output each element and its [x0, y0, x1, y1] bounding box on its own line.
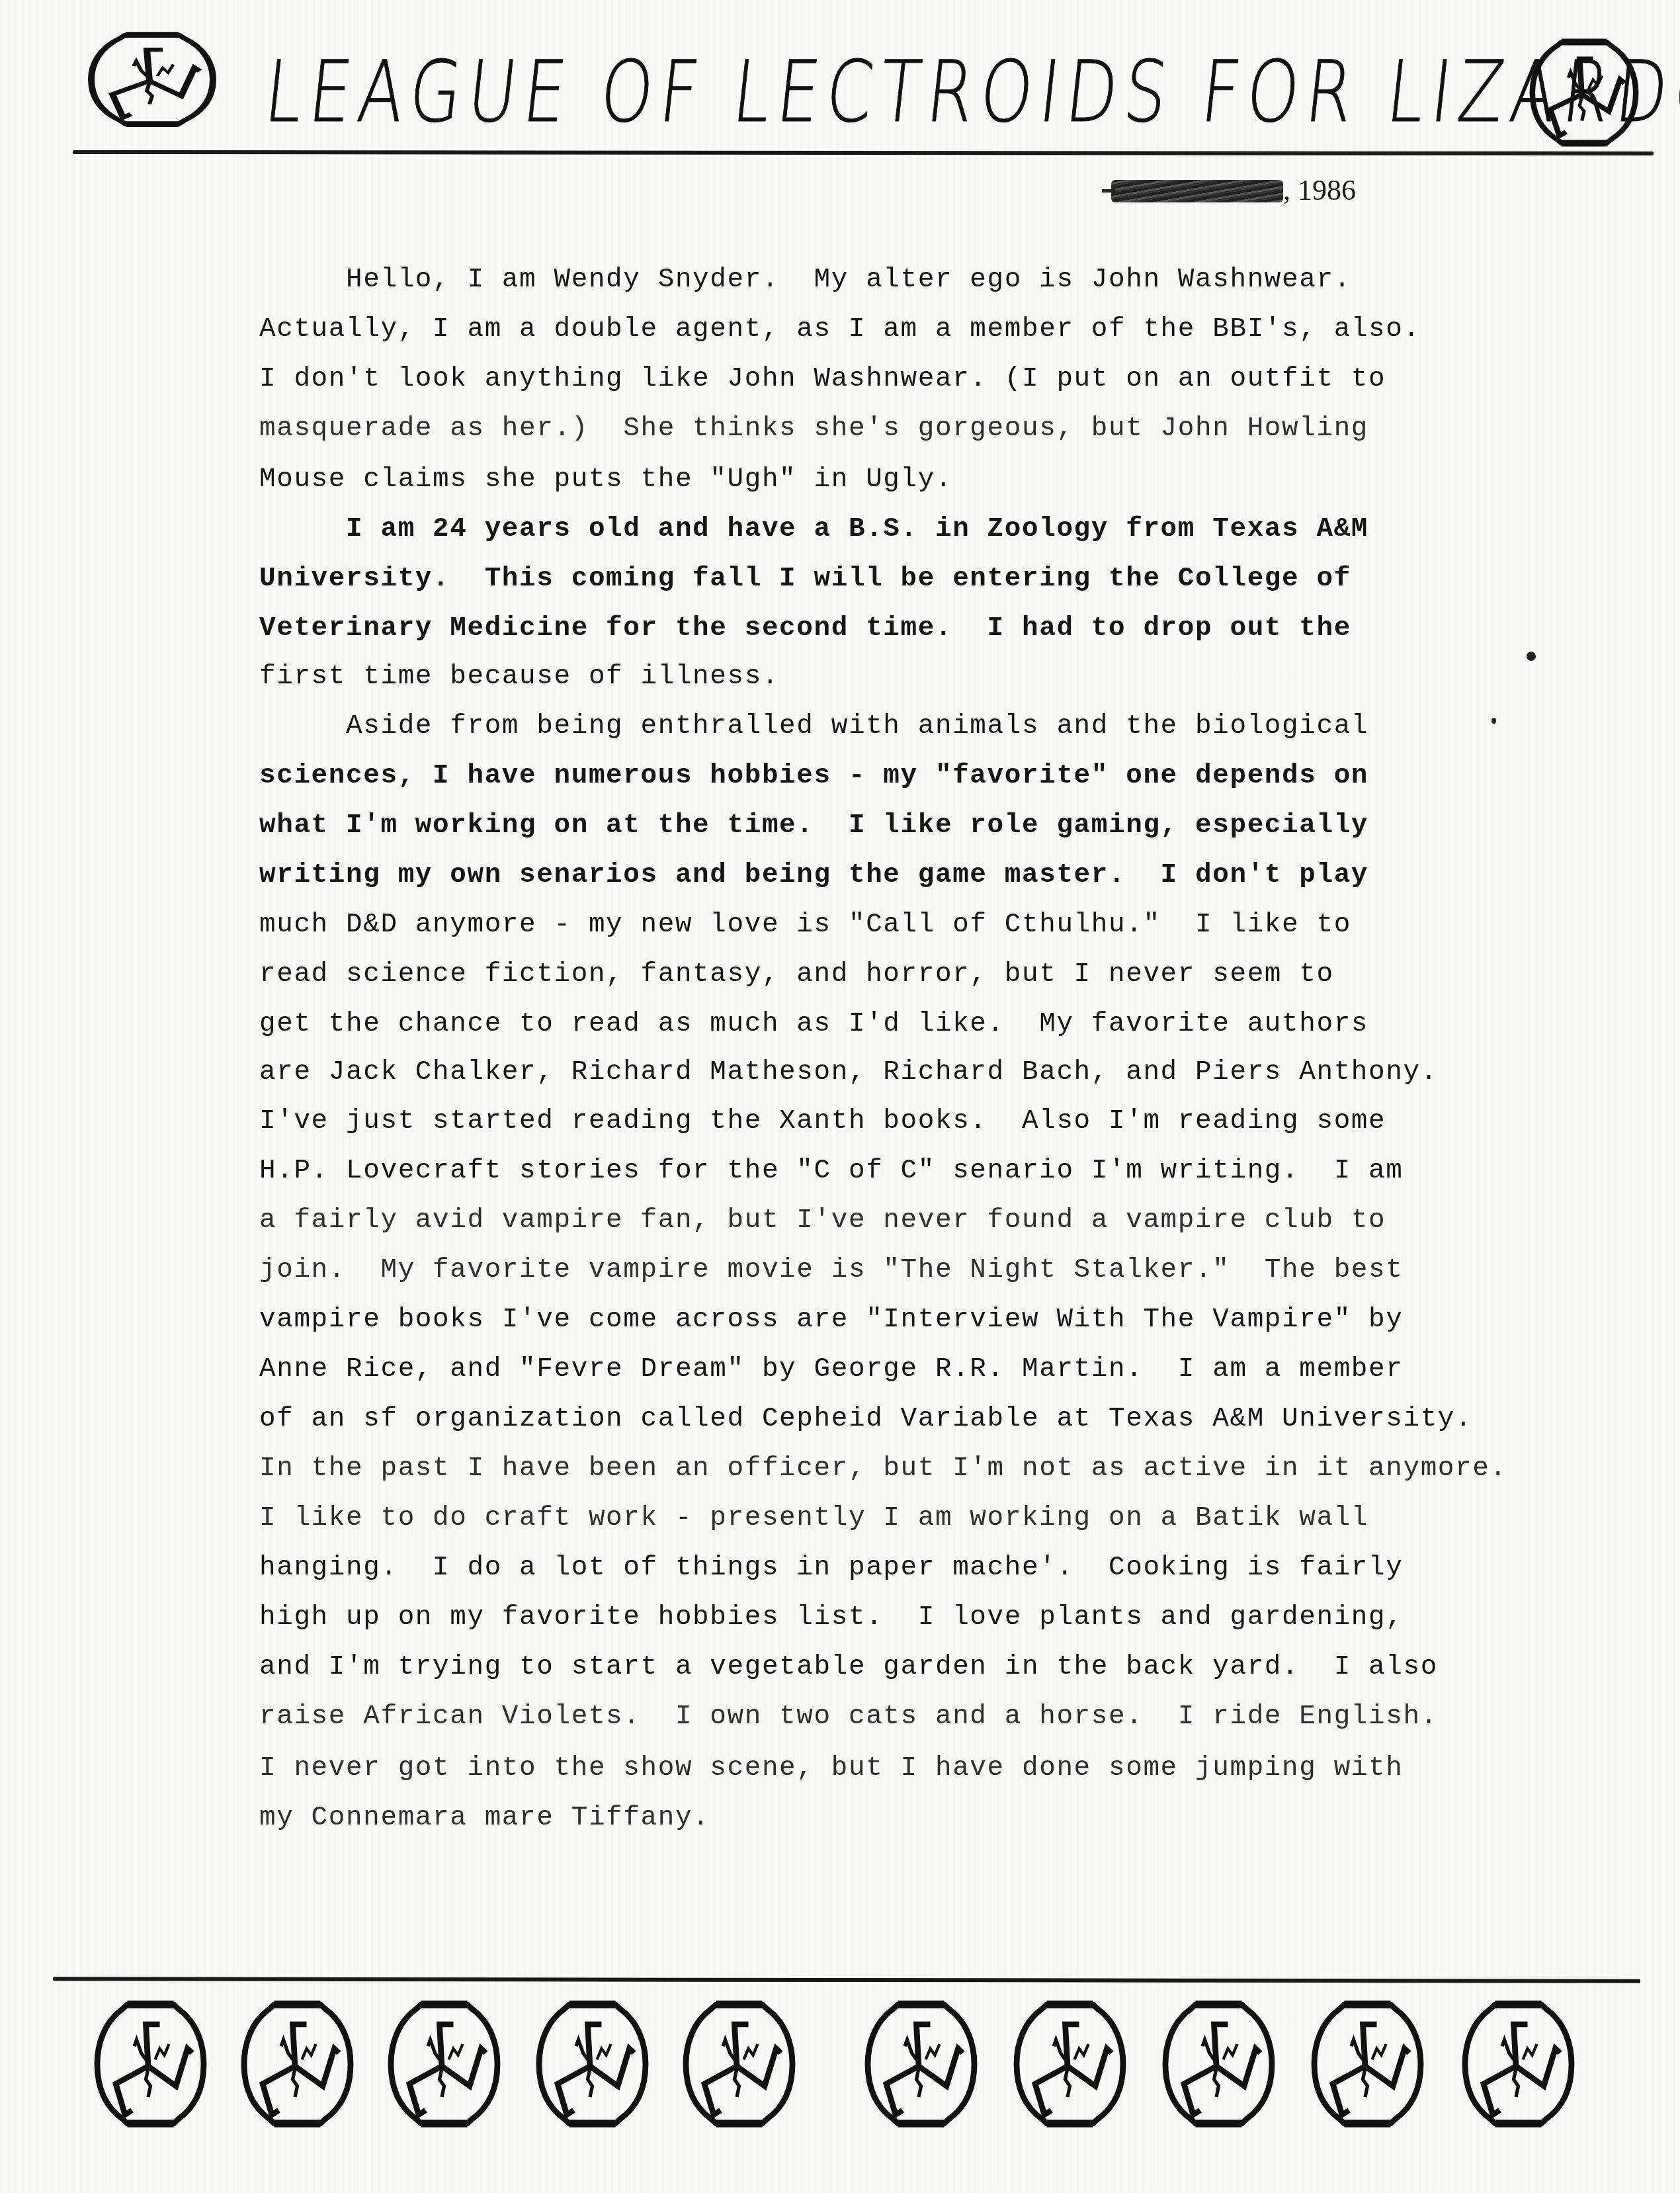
footer-emblem-row [93, 1998, 1667, 2130]
text-line: writing my own senarios and being the ga… [259, 860, 1368, 890]
text-line: Hello, I am Wendy Snyder. My alter ego i… [259, 265, 1351, 295]
text-line: get the chance to read as much as I'd li… [259, 1009, 1368, 1039]
text-line: Aside from being enthralled with animals… [259, 711, 1368, 742]
lectroid-emblem-icon [93, 1998, 208, 2130]
text-line: sciences, I have numerous hobbies - my "… [259, 761, 1368, 791]
text-line: of an sf organization called Cepheid Var… [259, 1404, 1472, 1434]
text-line: hanging. I do a lot of things in paper m… [259, 1553, 1403, 1583]
text-line: high up on my favorite hobbies list. I l… [259, 1602, 1403, 1633]
letterhead-title: LEAGUE OF LECTROIDS FOR LIZARDO [261, 43, 1680, 142]
lectroid-emblem-icon [1460, 1998, 1576, 2130]
ink-speck [1491, 718, 1496, 724]
text-line: my Connemara mare Tiffany. [259, 1803, 710, 1833]
text-line: what I'm working on at the time. I like … [259, 810, 1368, 841]
text-line: I never got into the show scene, but I h… [259, 1753, 1403, 1784]
text-line: I like to do craft work - presently I am… [259, 1503, 1368, 1533]
text-line: I've just started reading the Xanth book… [259, 1106, 1386, 1137]
ink-speck [1527, 652, 1536, 661]
text-line: read science fiction, fantasy, and horro… [259, 959, 1334, 990]
text-line: and I'm trying to start a vegetable gard… [259, 1652, 1438, 1682]
lectroid-emblem-icon [239, 1998, 355, 2130]
text-line: masquerade as her.) She thinks she's gor… [259, 413, 1368, 444]
lectroid-emblem-icon [681, 1998, 797, 2130]
text-line: a fairly avid vampire fan, but I've neve… [259, 1205, 1386, 1236]
lectroid-emblem-icon [86, 30, 218, 129]
text-line: join. My favorite vampire movie is "The … [259, 1255, 1403, 1285]
text-line: I am 24 years old and have a B.S. in Zoo… [259, 514, 1368, 544]
text-line: raise African Violets. I own two cats an… [259, 1701, 1438, 1732]
struck-out-date [1111, 180, 1283, 202]
text-line: Veterinary Medicine for the second time.… [259, 613, 1351, 644]
text-line: H.P. Lovecraft stories for the "C of C" … [259, 1156, 1403, 1186]
date-year: , 1986 [1283, 174, 1356, 206]
text-line: In the past I have been an officer, but … [259, 1453, 1507, 1484]
lectroid-emblem-icon [863, 1998, 979, 2130]
lectroid-emblem-icon [1161, 1998, 1277, 2130]
text-line: much D&D anymore - my new love is "Call … [259, 910, 1351, 940]
text-line: Actually, I am a double agent, as I am a… [259, 314, 1421, 345]
lectroid-emblem-icon [1528, 36, 1640, 149]
lectroid-emblem-icon [534, 1998, 650, 2130]
text-line: I don't look anything like John Washnwea… [259, 364, 1386, 394]
lectroid-emblem-icon [386, 1998, 502, 2130]
text-line: Anne Rice, and "Fevre Dream" by George R… [259, 1354, 1403, 1385]
lectroid-emblem-icon [1012, 1998, 1128, 2130]
text-line: University. This coming fall I will be e… [259, 564, 1351, 594]
letter-date: , 1986 [1111, 173, 1356, 207]
text-line: vampire books I've come across are "Inte… [259, 1305, 1403, 1335]
lectroid-emblem-icon [1310, 1998, 1425, 2130]
letterhead: LEAGUE OF LECTROIDS FOR LIZARDO [73, 17, 1654, 136]
text-line: are Jack Chalker, Richard Matheson, Rich… [259, 1057, 1438, 1088]
text-line: Mouse claims she puts the "Ugh" in Ugly. [259, 464, 952, 495]
text-line: first time because of illness. [259, 662, 779, 692]
